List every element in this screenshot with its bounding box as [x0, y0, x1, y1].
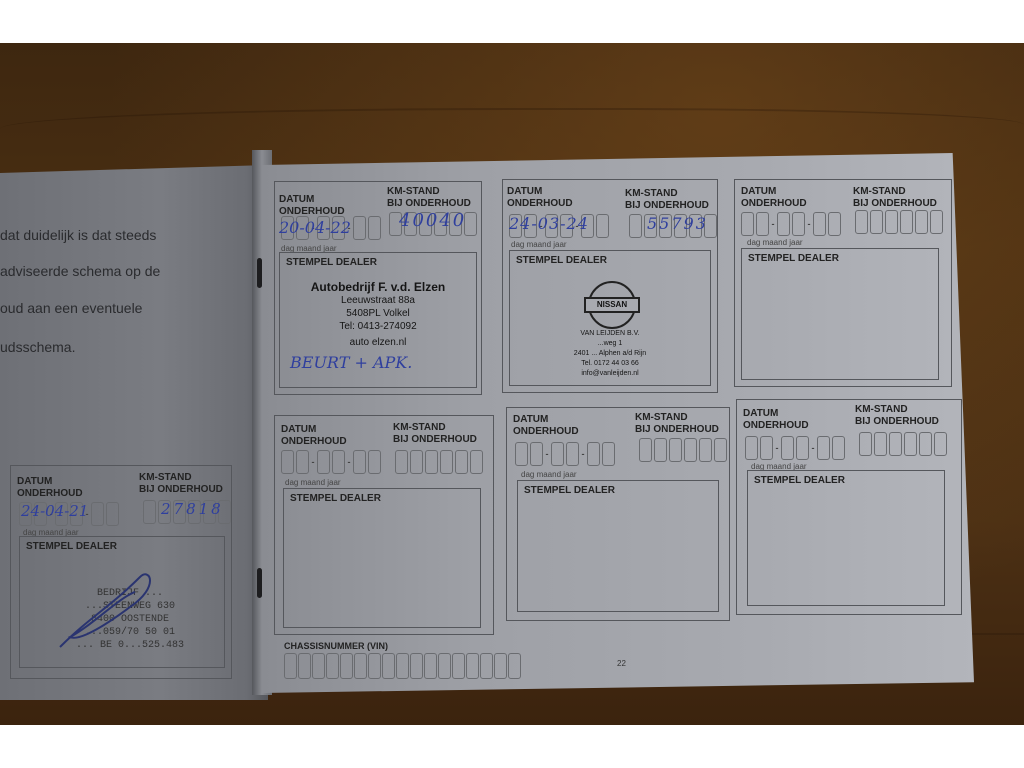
- signature-icon: [50, 567, 170, 657]
- text-line: oud aan een eventuele: [0, 300, 142, 316]
- maintenance-form: DATUM ONDERHOUD KM-STAND BIJ ONDERHOUD -…: [734, 179, 952, 387]
- maintenance-form: DATUM ONDERHOUD KM-STAND BIJ ONDERHOUD -…: [736, 399, 962, 615]
- date-label: DATUM ONDERHOUD: [17, 476, 83, 500]
- text-line: dat duidelijk is dat steeds: [0, 227, 156, 243]
- nissan-logo-text: NISSAN: [584, 297, 640, 313]
- vin-boxes[interactable]: [284, 653, 521, 679]
- maintenance-form-left: DATUM ONDERHOUD KM-STAND BIJ ONDERHOUD -…: [10, 465, 232, 679]
- dealer-stamp: Autobedrijf F. v.d. Elzen Leeuwstraat 88…: [280, 281, 476, 349]
- maintenance-form: DATUM ONDERHOUD KM-STAND BIJ ONDERHOUD -…: [274, 415, 494, 635]
- right-page: DATUM ONDERHOUD KM-STAND BIJ ONDERHOUD -…: [262, 153, 974, 693]
- stamp-area: STEMPEL DEALER: [283, 488, 481, 628]
- page-number: 22: [617, 659, 626, 668]
- km-label: KM-STAND BIJ ONDERHOUD: [855, 404, 939, 428]
- stamp-label: STEMPEL DEALER: [524, 485, 615, 496]
- km-boxes[interactable]: [639, 438, 727, 462]
- date-boxes[interactable]: --: [281, 450, 381, 474]
- date-label: DATUM ONDERHOUD: [741, 186, 807, 210]
- km-boxes[interactable]: [859, 432, 947, 456]
- km-boxes[interactable]: [855, 210, 943, 234]
- nissan-logo-icon: NISSAN: [588, 281, 636, 329]
- vin-label: CHASSISNUMMER (VIN): [284, 641, 388, 651]
- km-label: KM-STAND BIJ ONDERHOUD: [393, 422, 477, 446]
- km-label: KM-STAND BIJ ONDERHOUD: [853, 186, 937, 210]
- km-label: KM-STAND BIJ ONDERHOUD: [625, 188, 709, 212]
- staple: [257, 258, 262, 288]
- stamp-label: STEMPEL DEALER: [286, 257, 377, 268]
- maintenance-form: DATUM ONDERHOUD KM-STAND BIJ ONDERHOUD -…: [274, 181, 482, 395]
- stamp-label: STEMPEL DEALER: [754, 475, 845, 486]
- date-boxes[interactable]: --: [745, 436, 845, 460]
- handwritten-km: 40040: [399, 210, 466, 231]
- date-label: DATUM ONDERHOUD: [279, 194, 345, 218]
- handwritten-km: 55793: [647, 214, 708, 233]
- date-sub-label: dag maand jaar: [285, 478, 341, 487]
- stamp-area: STEMPEL DEALER BEDRIJF ... ...STEENWEG 6…: [19, 536, 225, 668]
- km-label: KM-STAND BIJ ONDERHOUD: [635, 412, 719, 436]
- km-label: KM-STAND BIJ ONDERHOUD: [139, 472, 223, 496]
- km-label: KM-STAND BIJ ONDERHOUD: [387, 186, 471, 210]
- stamp-area: STEMPEL DEALER Autobedrijf F. v.d. Elzen…: [279, 252, 477, 388]
- stamp-area: STEMPEL DEALER: [517, 480, 719, 612]
- date-sub-label: dag maand jaar: [747, 238, 803, 247]
- wood-grain: [0, 108, 1024, 150]
- maintenance-form: DATUM ONDERHOUD KM-STAND BIJ ONDERHOUD -…: [506, 407, 730, 621]
- km-boxes[interactable]: [395, 450, 483, 474]
- dealer-stamp: VAN LEIJDEN B.V. ...weg 1 2401 ... Alphe…: [510, 329, 710, 379]
- stamp-label: STEMPEL DEALER: [290, 493, 381, 504]
- date-label: DATUM ONDERHOUD: [743, 408, 809, 432]
- handwritten-date: 24-04-21: [21, 502, 88, 520]
- stamp-label: STEMPEL DEALER: [748, 253, 839, 264]
- stamp-label: STEMPEL DEALER: [516, 255, 607, 266]
- handwritten-date: 20-04-22: [279, 218, 351, 237]
- maintenance-form: DATUM ONDERHOUD KM-STAND BIJ ONDERHOUD -…: [502, 179, 718, 393]
- text-line: udsschema.: [0, 339, 75, 355]
- handwritten-note: BEURT + APK.: [290, 353, 412, 372]
- date-sub-label: dag maand jaar: [511, 240, 567, 249]
- handwritten-km: 27818: [161, 500, 224, 518]
- date-sub-label: dag maand jaar: [521, 470, 577, 479]
- date-label: DATUM ONDERHOUD: [513, 414, 579, 438]
- stamp-area: STEMPEL DEALER NISSAN VAN LEIJDEN B.V. .…: [509, 250, 711, 386]
- stamp-area: STEMPEL DEALER: [747, 470, 945, 606]
- photo-background: dat duidelijk is dat steeds adviseerde s…: [0, 43, 1024, 725]
- handwritten-date: 24-03-24: [509, 214, 589, 233]
- stamp-area: STEMPEL DEALER: [741, 248, 939, 380]
- staple: [257, 568, 262, 598]
- stamp-label: STEMPEL DEALER: [26, 541, 117, 552]
- date-boxes[interactable]: --: [741, 212, 841, 236]
- text-line: adviseerde schema op de: [0, 263, 160, 279]
- left-page: dat duidelijk is dat steeds adviseerde s…: [0, 165, 268, 700]
- date-label: DATUM ONDERHOUD: [281, 424, 347, 448]
- date-label: DATUM ONDERHOUD: [507, 186, 573, 210]
- date-boxes[interactable]: --: [515, 442, 615, 466]
